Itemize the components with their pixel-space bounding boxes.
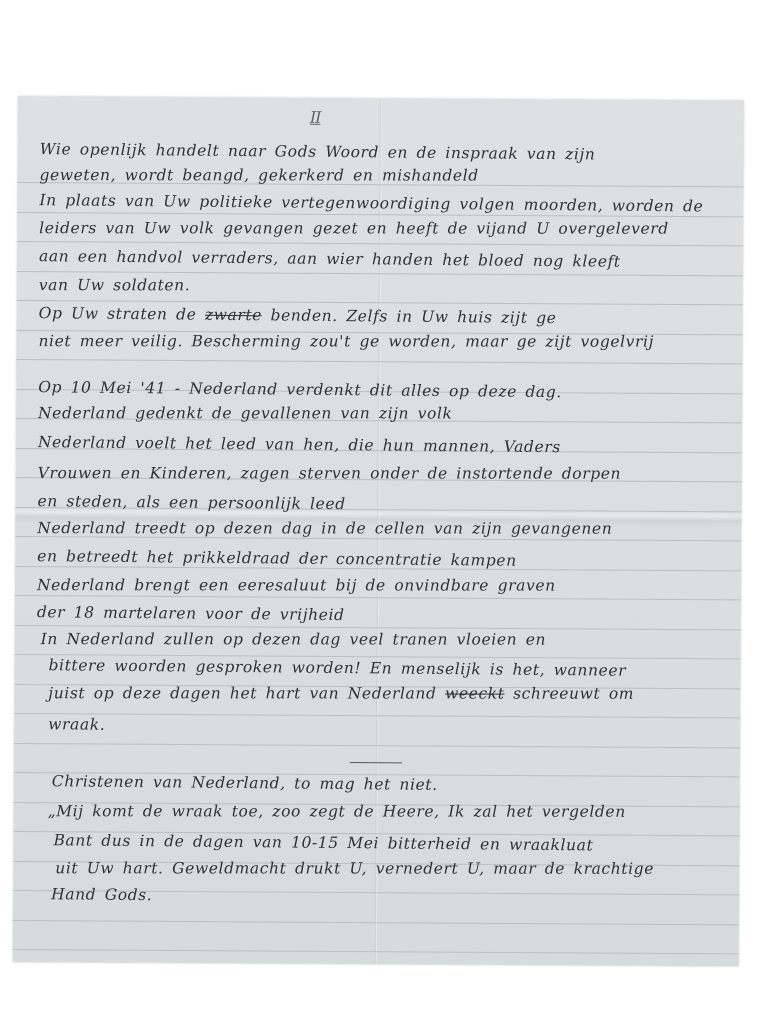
text-line: Op 10 Mei '41 - Nederland verdenkt dit a… (38, 378, 562, 401)
text-line: Christenen van Nederland, to mag het nie… (52, 772, 438, 794)
struck-word: zwarte (205, 306, 262, 325)
text-line: Wie openlijk handelt naar Gods Woord en … (40, 140, 596, 163)
text-line: Bant dus in de dagen van 10-15 Mei bitte… (53, 831, 593, 854)
section-divider (350, 762, 402, 763)
text-line: niet meer veilig. Bescherming zou't ge w… (38, 332, 654, 351)
text-line: aan een handvol verraders, aan wier hand… (39, 247, 621, 271)
page-number: II (310, 108, 321, 127)
text-line: der 18 martelaren voor de vrijheid (37, 603, 345, 624)
text-line: Nederland brengt een eeresaluut bij de o… (37, 576, 556, 594)
text-line: bittere woorden gesproken worden! En men… (48, 656, 626, 680)
text-line: van Uw soldaten. (39, 276, 191, 294)
text-line: Nederland voelt het leed van hen, die hu… (38, 433, 561, 456)
text-line: leiders van Uw volk gevangen gezet en he… (39, 219, 669, 238)
text-line: „Mij komt de wraak toe, zoo zegt de Heer… (48, 802, 626, 821)
text-line: Vrouwen en Kinderen, zagen sterven onder… (38, 464, 621, 483)
text-line: uit Uw hart. Geweldmacht drukt U, verned… (55, 859, 654, 878)
text-line: In Nederland zullen op dezen dag veel tr… (41, 630, 546, 648)
text-line: en steden, als een persoonlijk leed (37, 492, 345, 513)
text-line: geweten, wordt beangd, gekerkerd en mish… (39, 166, 478, 184)
text-line: Hand Gods. (51, 885, 152, 904)
struck-word: weeckt (445, 685, 505, 703)
text-line: Nederland gedenkt de gevallenen van zijn… (38, 404, 453, 422)
text-line: juist op deze dagen het hart van Nederla… (48, 684, 634, 703)
text-line: Nederland treedt op dezen dag in de cell… (37, 519, 612, 538)
text-line: Op Uw straten de zwarte benden. Zelfs in… (39, 304, 557, 327)
letter-page: II Wie openlijk handelt naar Gods Woord … (13, 96, 744, 966)
text-line: wraak. (48, 715, 105, 734)
